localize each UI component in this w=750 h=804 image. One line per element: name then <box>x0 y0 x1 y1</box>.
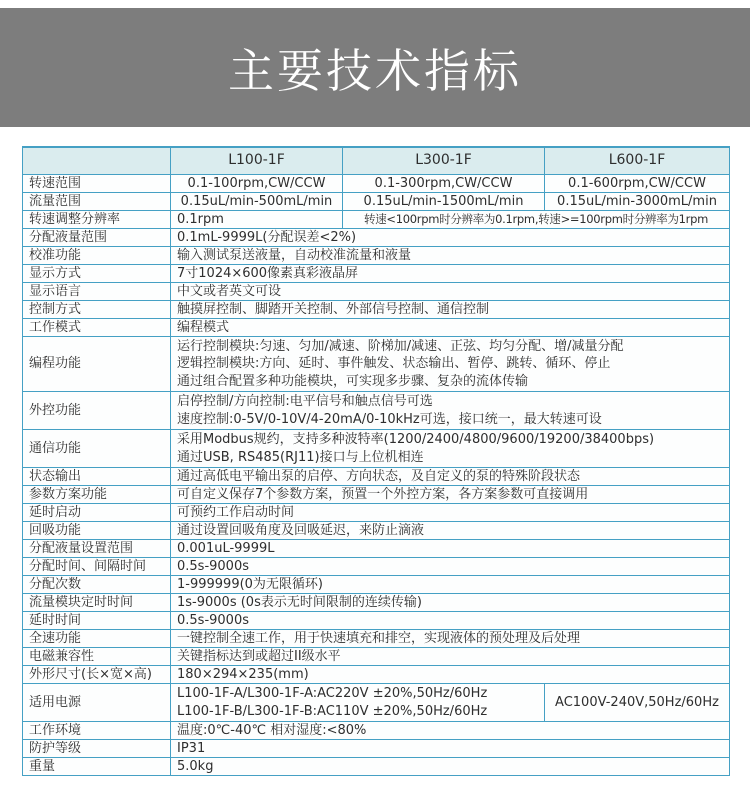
row-label: 外控功能 <box>23 392 171 430</box>
row-label: 外形尺寸(长×宽×高) <box>23 666 171 684</box>
row-label: 全速功能 <box>23 630 171 648</box>
row-label: 显示语言 <box>23 282 171 300</box>
table-row: 分配时间、间隔时间0.5s-9000s <box>23 558 730 576</box>
spec-table: L100-1FL300-1FL600-1F 转速范围0.1-100rpm,CW/… <box>22 146 730 776</box>
row-label: 分配液量设置范围 <box>23 540 171 558</box>
row-label: 延时启动 <box>23 504 171 522</box>
title-banner: 主要技术指标 <box>0 8 750 127</box>
spec-value: 0.1-100rpm,CW/CCW <box>171 174 343 192</box>
row-label: 控制方式 <box>23 300 171 318</box>
row-label: 工作环境 <box>23 722 171 740</box>
table-row: 流量范围0.15uL/min-500mL/min0.15uL/min-1500m… <box>23 192 730 210</box>
spec-value: 0.15uL/min-500mL/min <box>171 192 343 210</box>
spec-value: 7寸1024×600像素真彩液晶屏 <box>171 264 730 282</box>
spec-value: 0.1-600rpm,CW/CCW <box>545 174 730 192</box>
row-label: 显示方式 <box>23 264 171 282</box>
table-row: 分配次数1-999999(0为无限循环) <box>23 576 730 594</box>
table-row: 转速调整分辨率0.1rpm转速<100rpm时分辨率为0.1rpm,转速>=10… <box>23 210 730 228</box>
row-label: 流量范围 <box>23 192 171 210</box>
row-label: 工作模式 <box>23 318 171 336</box>
corner-cell <box>23 147 171 174</box>
spec-value: L100-1F-A/L300-1F-A:AC220V ±20%,50Hz/60H… <box>171 684 545 722</box>
row-label: 分配液量范围 <box>23 228 171 246</box>
table-row: 外形尺寸(长×宽×高)180×294×235(mm) <box>23 666 730 684</box>
row-label: 状态输出 <box>23 468 171 486</box>
table-row: 状态输出通过高低电平输出泵的启停、方向状态，及自定义的泵的特殊阶段状态 <box>23 468 730 486</box>
table-row: 回吸功能通过设置回吸角度及回吸延迟，来防止滴液 <box>23 522 730 540</box>
row-label: 延时时间 <box>23 612 171 630</box>
spec-value: 5.0kg <box>171 758 730 776</box>
table-row: 延时启动可预约工作启动时间 <box>23 504 730 522</box>
table-row: 显示方式7寸1024×600像素真彩液晶屏 <box>23 264 730 282</box>
table-row: 控制方式触摸屏控制、脚踏开关控制、外部信号控制、通信控制 <box>23 300 730 318</box>
spec-value: 启停控制/方向控制:电平信号和触点信号可选速度控制:0-5V/0-10V/4-2… <box>171 392 730 430</box>
table-row: 外控功能启停控制/方向控制:电平信号和触点信号可选速度控制:0-5V/0-10V… <box>23 392 730 430</box>
spec-value: 触摸屏控制、脚踏开关控制、外部信号控制、通信控制 <box>171 300 730 318</box>
table-row: 工作环境温度:0℃-40℃ 相对湿度:<80% <box>23 722 730 740</box>
row-label: 分配次数 <box>23 576 171 594</box>
spec-value: 采用Modbus规约，支持多种波特率(1200/2400/4800/9600/1… <box>171 430 730 468</box>
table-header-row: L100-1FL300-1FL600-1F <box>23 147 730 174</box>
table-row: 转速范围0.1-100rpm,CW/CCW0.1-300rpm,CW/CCW0.… <box>23 174 730 192</box>
spec-value: 可自定义保存7个参数方案，预置一个外控方案，各方案参数可直接调用 <box>171 486 730 504</box>
table-row: 工作模式编程模式 <box>23 318 730 336</box>
spec-value: 通过设置回吸角度及回吸延迟，来防止滴液 <box>171 522 730 540</box>
spec-value: 运行控制模块:匀速、匀加/减速、阶梯加/减速、正弦、均匀分配、增/减量分配逻辑控… <box>171 336 730 392</box>
spec-value: 转速<100rpm时分辨率为0.1rpm,转速>=100rpm时分辨率为1rpm <box>343 210 730 228</box>
table-row: 分配液量范围0.1mL-9999L(分配误差<2%) <box>23 228 730 246</box>
table-row: 通信功能采用Modbus规约，支持多种波特率(1200/2400/4800/96… <box>23 430 730 468</box>
spec-value: 通过高低电平输出泵的启停、方向状态，及自定义的泵的特殊阶段状态 <box>171 468 730 486</box>
table-row: 分配液量设置范围0.001uL-9999L <box>23 540 730 558</box>
row-label: 适用电源 <box>23 684 171 722</box>
table-row: 校准功能输入测试泵送液量，自动校准流量和液量 <box>23 246 730 264</box>
row-label: 通信功能 <box>23 430 171 468</box>
table-row: 电磁兼容性关键指标达到或超过II级水平 <box>23 648 730 666</box>
spec-value: 0.5s-9000s <box>171 612 730 630</box>
spec-value: 0.1rpm <box>171 210 343 228</box>
row-label: 编程功能 <box>23 336 171 392</box>
table-row: 重量5.0kg <box>23 758 730 776</box>
row-label: 分配时间、间隔时间 <box>23 558 171 576</box>
row-label: 防护等级 <box>23 740 171 758</box>
row-label: 重量 <box>23 758 171 776</box>
spec-value: 中文或者英文可设 <box>171 282 730 300</box>
spec-value: 0.1mL-9999L(分配误差<2%) <box>171 228 730 246</box>
row-label: 校准功能 <box>23 246 171 264</box>
spec-value: 0.1-300rpm,CW/CCW <box>343 174 545 192</box>
row-label: 流量模块定时时间 <box>23 594 171 612</box>
spec-value: 输入测试泵送液量，自动校准流量和液量 <box>171 246 730 264</box>
spec-value: 180×294×235(mm) <box>171 666 730 684</box>
table-row: 延时时间0.5s-9000s <box>23 612 730 630</box>
row-label: 回吸功能 <box>23 522 171 540</box>
table-row: 全速功能一键控制全速工作，用于快速填充和排空，实现液体的预处理及后处理 <box>23 630 730 648</box>
spec-value: 0.15uL/min-3000mL/min <box>545 192 730 210</box>
spec-value: 1s-9000s (0s表示无时间限制的连续传输) <box>171 594 730 612</box>
row-label: 转速调整分辨率 <box>23 210 171 228</box>
row-label: 转速范围 <box>23 174 171 192</box>
spec-value: 0.15uL/min-1500mL/min <box>343 192 545 210</box>
table-row: 参数方案功能可自定义保存7个参数方案，预置一个外控方案，各方案参数可直接调用 <box>23 486 730 504</box>
spec-value: AC100V-240V,50Hz/60Hz <box>545 684 730 722</box>
column-header: L100-1F <box>171 147 343 174</box>
column-header: L600-1F <box>545 147 730 174</box>
row-label: 参数方案功能 <box>23 486 171 504</box>
spec-value: 可预约工作启动时间 <box>171 504 730 522</box>
page-title: 主要技术指标 <box>228 35 522 101</box>
spec-value: IP31 <box>171 740 730 758</box>
row-label: 电磁兼容性 <box>23 648 171 666</box>
table-row: 流量模块定时时间1s-9000s (0s表示无时间限制的连续传输) <box>23 594 730 612</box>
table-row: 显示语言中文或者英文可设 <box>23 282 730 300</box>
spec-value: 关键指标达到或超过II级水平 <box>171 648 730 666</box>
spec-value: 1-999999(0为无限循环) <box>171 576 730 594</box>
spec-value: 编程模式 <box>171 318 730 336</box>
spec-value: 0.001uL-9999L <box>171 540 730 558</box>
spec-value: 0.5s-9000s <box>171 558 730 576</box>
column-header: L300-1F <box>343 147 545 174</box>
table-row: 编程功能运行控制模块:匀速、匀加/减速、阶梯加/减速、正弦、均匀分配、增/减量分… <box>23 336 730 392</box>
table-row: 防护等级IP31 <box>23 740 730 758</box>
spec-value: 温度:0℃-40℃ 相对湿度:<80% <box>171 722 730 740</box>
spec-value: 一键控制全速工作，用于快速填充和排空，实现液体的预处理及后处理 <box>171 630 730 648</box>
table-row: 适用电源L100-1F-A/L300-1F-A:AC220V ±20%,50Hz… <box>23 684 730 722</box>
